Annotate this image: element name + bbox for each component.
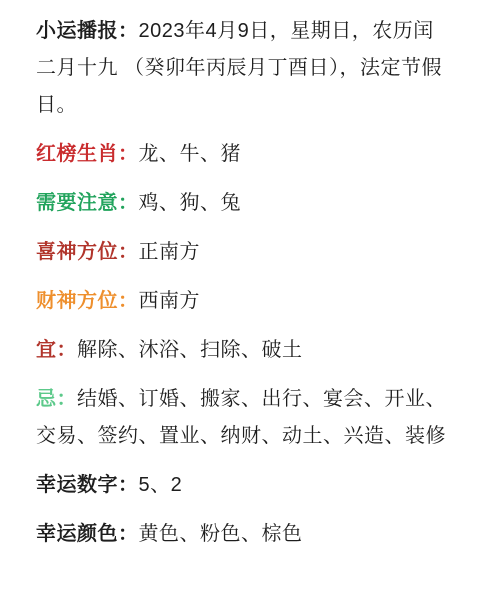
row-auspicious: 宜：解除、沐浴、扫除、破土	[36, 332, 454, 369]
inauspicious-value: 结婚、订婚、搬家、出行、宴会、开业、交易、签约、置业、纳财、动土、兴造、装修	[36, 388, 446, 447]
row-intro: 小运播报：2023年4月9日，星期日，农历闰二月十九 （癸卯年丙辰月丁酉日），法…	[36, 13, 454, 124]
auspicious-value: 解除、沐浴、扫除、破土	[77, 339, 303, 361]
row-lucky-colors: 幸运颜色：黄色、粉色、棕色	[36, 516, 454, 553]
row-joy-god-direction: 喜神方位：正南方	[36, 234, 454, 271]
lucky-zodiac-label: 红榜生肖：	[36, 143, 139, 165]
row-wealth-god-direction: 财神方位：西南方	[36, 283, 454, 320]
auspicious-label: 宜：	[36, 339, 77, 361]
lucky-numbers-value: 5、2	[139, 474, 183, 496]
lucky-zodiac-value: 龙、牛、猪	[139, 143, 242, 165]
caution-zodiac-value: 鸡、狗、兔	[139, 192, 242, 214]
row-caution-zodiac: 需要注意：鸡、狗、兔	[36, 185, 454, 222]
lucky-colors-value: 黄色、粉色、棕色	[139, 523, 303, 545]
inauspicious-label: 忌：	[36, 388, 77, 410]
wealth-god-direction-value: 西南方	[139, 290, 201, 312]
lucky-colors-label: 幸运颜色：	[36, 523, 139, 545]
row-lucky-zodiac: 红榜生肖：龙、牛、猪	[36, 136, 454, 173]
row-lucky-numbers: 幸运数字：5、2	[36, 467, 454, 504]
intro-label: 小运播报：	[36, 20, 139, 42]
row-inauspicious: 忌：结婚、订婚、搬家、出行、宴会、开业、交易、签约、置业、纳财、动土、兴造、装修	[36, 381, 454, 455]
caution-zodiac-label: 需要注意：	[36, 192, 139, 214]
lucky-numbers-label: 幸运数字：	[36, 474, 139, 496]
fortune-document: 小运播报：2023年4月9日，星期日，农历闰二月十九 （癸卯年丙辰月丁酉日），法…	[0, 0, 486, 600]
joy-god-direction-value: 正南方	[139, 241, 201, 263]
wealth-god-direction-label: 财神方位：	[36, 290, 139, 312]
joy-god-direction-label: 喜神方位：	[36, 241, 139, 263]
